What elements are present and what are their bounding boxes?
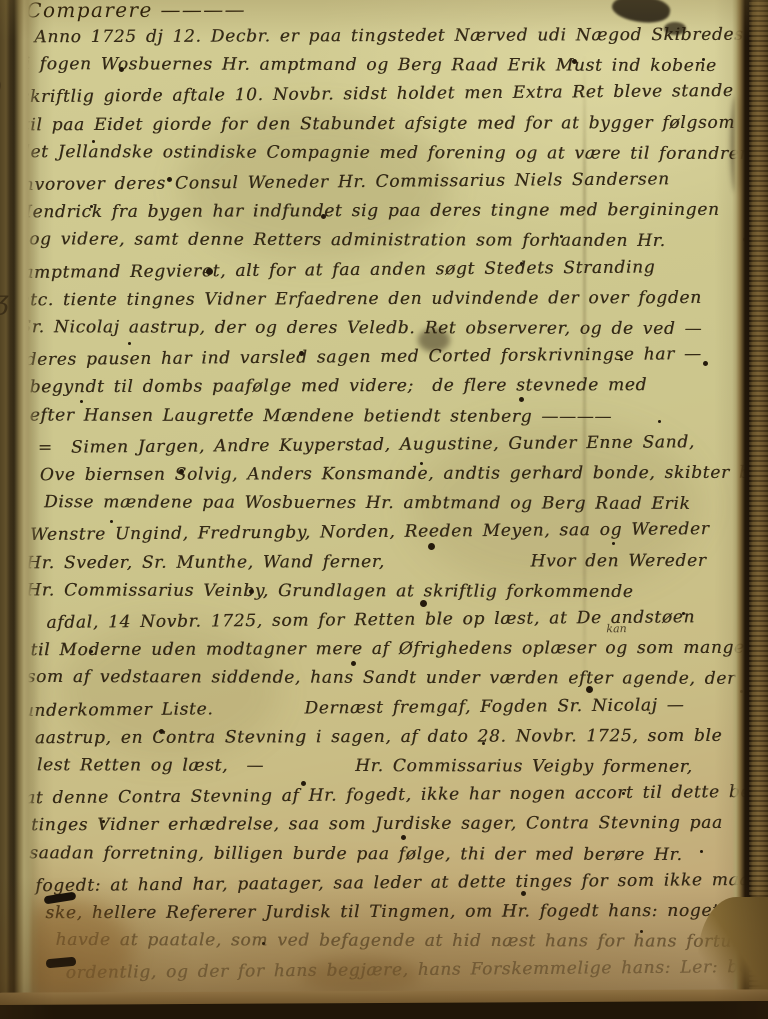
manuscript-line: hvorover deres Consul Weneder Hr. Commis… [23, 170, 670, 194]
manuscript-line: tinges Vidner erhædrelse, saa som Jurdis… [31, 814, 723, 835]
manuscript-line: begyndt til dombs paafølge med videre; d… [30, 376, 648, 397]
manuscript-line: Disse mændene paa Wosbuernes Hr. ambtman… [44, 493, 691, 513]
manuscript-line: fogedt: at hand har, paatager, saa leder… [35, 871, 768, 896]
manuscript-line: til paa Eidet giorde for den Stabundet a… [23, 114, 736, 135]
manuscript-line: som af vedstaaren siddende, hans Sandt u… [27, 668, 768, 689]
manuscript-line: Hr. Commissarius Veinby, Grundlagen at s… [26, 581, 633, 601]
manuscript-line: Ove biernsen Solvig, Anders Konsmande, a… [40, 464, 768, 485]
manuscript-text-block: Comparere ———— Anno 1725 dj 12. Decbr. e… [0, 0, 768, 1019]
manuscript-line: at denne Contra Stevning af Hr. fogedt, … [25, 783, 768, 808]
manuscript-line: Anno 1725 dj 12. Decbr. er paa tingstede… [34, 26, 743, 47]
manuscript-line: aastrup, en Contra Stevning i sagen, af … [35, 727, 723, 748]
manuscript-line: til Moderne uden modtagner mere af Øfrig… [30, 639, 744, 660]
manuscript-line: ske, hellere Refererer Jurdisk til Tingm… [45, 902, 719, 923]
manuscript-line: lest Retten og læst, — Hr. Commissarius … [37, 756, 693, 776]
book-binding-gutter-left: ) ʒ ) [0, 0, 40, 1019]
previous-page-ink-mark: ) [0, 498, 1, 524]
book-page-edges-right [732, 0, 768, 1019]
manuscript-page: Comparere ———— Anno 1725 dj 12. Decbr. e… [0, 0, 768, 1019]
manuscript-line: ordentlig, og der for hans begjære, hans… [66, 958, 768, 983]
previous-page-ink-mark: ) [0, 76, 2, 102]
manuscript-line: afdal, 14 Novbr. 1725, som for Retten bl… [46, 608, 695, 632]
manuscript-line: havde at paatale, som ved befagende at h… [55, 931, 768, 952]
manuscript-line: skriftlig giorde aftale 10. Novbr. sidst… [20, 82, 733, 107]
manuscript-line: amptmand Regvieret, alt for at faa anden… [23, 258, 655, 282]
manuscript-line: i fogen Wosbuernes Hr. amptmand og Berg … [24, 55, 716, 75]
manuscript-line: Hr. Sveder, Sr. Munthe, Wand ferner, Hvo… [26, 552, 706, 573]
manuscript-line: Hendrick fra bygen har indfundet sig paa… [17, 201, 720, 222]
manuscript-line: etc. tiente tingnes Vidner Erfaedrene de… [19, 289, 702, 310]
page-heading: Comparere ———— [26, 0, 246, 21]
book-edge-shadow-bottom [0, 1001, 768, 1019]
manuscript-line: = Simen Jargen, Andre Kuyperstad, August… [38, 433, 695, 457]
manuscript-line: Sr. Nicolaj aastrup, der og deres Veledb… [19, 318, 702, 338]
manuscript-line: saadan forretning, billigen burde paa fø… [29, 844, 682, 864]
manuscript-line: det Jellandske ostindiske Compagnie med … [19, 143, 751, 164]
manuscript-line: underkommer Liste. Dernæst fremgaf, Fogd… [23, 696, 685, 720]
manuscript-line: og videre, samt denne Retters administra… [29, 230, 666, 250]
manuscript-line: efter Hansen Laugrette Mændene betiendt … [30, 406, 613, 426]
previous-page-ink-mark: ʒ [0, 288, 9, 314]
manuscript-line: Wenstre Ungind, Fredrungby, Norden, Reed… [30, 520, 710, 545]
manuscript-line: deres pausen har ind varsled sagen med C… [25, 345, 701, 370]
interline-insertion: kan [606, 623, 626, 634]
